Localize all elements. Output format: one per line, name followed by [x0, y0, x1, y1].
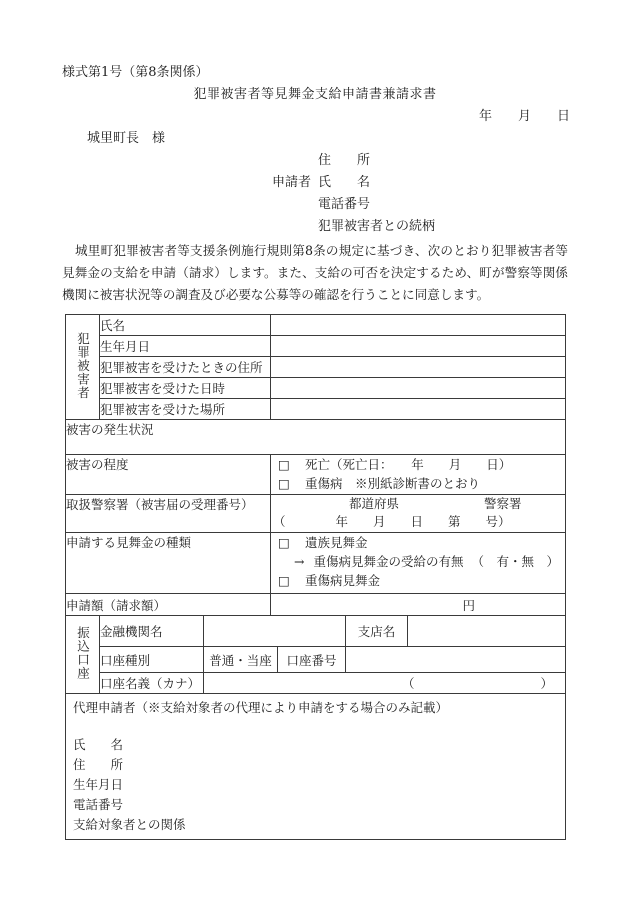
prior-receipt-line: →重傷病見舞金の受給の有無（ 有・無 ） — [271, 552, 565, 571]
victim-place-label: 犯罪被害を受けた場所 — [100, 399, 271, 420]
victim-address-label: 犯罪被害を受けたときの住所 — [100, 357, 271, 378]
bank-branch-label: 支店名 — [346, 616, 408, 647]
damage-level-row: 被害の程度 □死亡（死亡日： 年 月 日） □重傷病 ※別紙診断書のとおり — [66, 455, 566, 495]
police-station-label: 取扱警察署（被害届の受理番号） — [66, 495, 271, 533]
yes-no-choice: （ 有・無 ） — [472, 552, 560, 571]
victim-place-value-cell — [271, 399, 566, 420]
proxy-birthdate-label: 生年月日 — [73, 775, 558, 795]
account-name-row: 口座名義（カナ） （） — [66, 673, 566, 694]
addressee: 城里町長 様 — [87, 128, 630, 150]
applicant-group-label: 申請者 — [272, 175, 311, 190]
station-suffix: 警察署 — [484, 496, 522, 511]
prefecture-suffix: 都道府県 — [349, 496, 399, 511]
bank-institution-label: 金融機関名 — [100, 616, 204, 647]
checkbox-icon: □ — [278, 533, 291, 552]
victim-datetime-row: 犯罪被害を受けた日時 — [66, 378, 566, 399]
victim-datetime-value-cell — [271, 378, 566, 399]
victim-datetime-label: 犯罪被害を受けた日時 — [100, 378, 271, 399]
bank-branch-value-cell — [408, 616, 566, 647]
incident-status-label: 被害の発生状況 — [66, 420, 566, 455]
consent-paragraph: 城里町犯罪被害者等支援条例施行規則第8条の規定に基づき、次のとおり犯罪被害者等見… — [62, 240, 568, 306]
damage-level-label: 被害の程度 — [66, 455, 271, 495]
proxy-applicant-section: 代理申請者（※支給対象者の代理により申請をする場合のみ記載） 氏 名 住 所 生… — [66, 694, 566, 840]
account-name-label: 口座名義（カナ） — [100, 673, 204, 694]
applicant-address-label: 住 所 — [318, 150, 630, 172]
paren-close: ） — [541, 674, 554, 692]
applicant-name-label: 氏 名 — [318, 175, 370, 190]
victim-name-label: 氏名 — [100, 315, 271, 336]
account-type-value: 普通・当座 — [204, 647, 278, 673]
proxy-address-label: 住 所 — [73, 755, 558, 775]
benefit-type-options-cell: □遺族見舞金 →重傷病見舞金の受給の有無（ 有・無 ） □重傷病見舞金 — [271, 533, 566, 594]
page-title: 犯罪被害者等見舞金支給申請書兼請求書 — [0, 84, 630, 106]
death-option: □死亡（死亡日： 年 月 日） — [271, 455, 565, 474]
victim-vertical-label-text: 犯罪被害者 — [74, 332, 92, 400]
account-type-row: 口座種別 普通・当座 口座番号 — [66, 647, 566, 673]
date-line: 年 月 日 — [0, 106, 630, 128]
serious-injury-option: □重傷病 ※別紙診断書のとおり — [271, 474, 565, 493]
checkbox-icon: □ — [278, 474, 291, 493]
proxy-applicant-row: 代理申請者（※支給対象者の代理により申請をする場合のみ記載） 氏 名 住 所 生… — [66, 694, 566, 840]
applicant-block: 住 所 申請者氏 名 電話番号 犯罪被害者との続柄 — [0, 150, 630, 238]
arrow-right-icon: → — [294, 552, 304, 571]
benefit-type-label: 申請する見舞金の種類 — [66, 533, 271, 594]
proxy-name-label: 氏 名 — [73, 735, 558, 755]
victim-name-value-cell — [271, 315, 566, 336]
form-number: 様式第1号（第8条関係） — [62, 62, 630, 84]
bank-vertical-label: 振込口座 — [74, 626, 92, 680]
police-station-row: 取扱警察署（被害届の受理番号） 都道府県警察署 （ 年 月 日 第 号） — [66, 495, 566, 533]
checkbox-icon: □ — [278, 571, 291, 590]
bank-institution-value-cell — [204, 616, 346, 647]
injury-benefit-label: 重傷病見舞金 — [305, 571, 380, 590]
victim-name-row: 犯罪被害者 氏名 — [66, 315, 566, 336]
incident-status-row: 被害の発生状況 — [66, 420, 566, 455]
damage-level-options-cell: □死亡（死亡日： 年 月 日） □重傷病 ※別紙診断書のとおり — [271, 455, 566, 495]
amount-value-cell: 円 — [271, 594, 566, 616]
victim-birthdate-value-cell — [271, 336, 566, 357]
checkbox-icon: □ — [278, 455, 291, 474]
death-option-label: 死亡（死亡日： 年 月 日） — [305, 455, 511, 474]
survivor-benefit-option: □遺族見舞金 — [271, 533, 565, 552]
victim-place-row: 犯罪被害を受けた場所 — [66, 399, 566, 420]
amount-label: 申請額（請求額） — [66, 594, 271, 616]
victim-section-label-cell: 犯罪被害者 — [66, 315, 100, 420]
police-station-line: 都道府県警察署 — [271, 495, 565, 513]
proxy-section-title: 代理申請者（※支給対象者の代理により申請をする場合のみ記載） — [73, 698, 558, 718]
proxy-relation-label: 支給対象者との関係 — [73, 815, 558, 835]
prior-receipt-label: 重傷病見舞金の受給の有無 — [314, 552, 464, 571]
account-type-label: 口座種別 — [100, 647, 204, 673]
paren-open: （ — [402, 674, 415, 692]
receipt-number-line: （ 年 月 日 第 号） — [271, 513, 565, 531]
victim-address-value-cell — [271, 357, 566, 378]
yen-unit: 円 — [463, 598, 476, 613]
account-number-label: 口座番号 — [278, 647, 346, 673]
applicant-phone-label: 電話番号 — [318, 194, 630, 216]
injury-benefit-option: □重傷病見舞金 — [271, 571, 565, 590]
victim-birthdate-label: 生年月日 — [100, 336, 271, 357]
proxy-phone-label: 電話番号 — [73, 795, 558, 815]
application-form-table: 犯罪被害者 氏名 生年月日 犯罪被害を受けたときの住所 犯罪被害を受けた日時 犯… — [65, 314, 566, 840]
serious-injury-option-label: 重傷病 ※別紙診断書のとおり — [305, 474, 480, 493]
victim-address-row: 犯罪被害を受けたときの住所 — [66, 357, 566, 378]
account-number-value-cell — [346, 647, 566, 673]
proxy-spacer — [73, 718, 558, 735]
benefit-type-row: 申請する見舞金の種類 □遺族見舞金 →重傷病見舞金の受給の有無（ 有・無 ） □… — [66, 533, 566, 594]
document-page: 様式第1号（第8条関係） 犯罪被害者等見舞金支給申請書兼請求書 年 月 日 城里… — [0, 0, 630, 903]
applicant-relation-label: 犯罪被害者との続柄 — [318, 216, 630, 238]
account-name-value-cell: （） — [204, 673, 566, 694]
bank-section-label-cell: 振込口座 — [66, 616, 100, 694]
victim-birthdate-row: 生年月日 — [66, 336, 566, 357]
amount-row: 申請額（請求額） 円 — [66, 594, 566, 616]
applicant-name-line: 申請者氏 名 — [272, 172, 630, 194]
survivor-benefit-label: 遺族見舞金 — [305, 533, 368, 552]
bank-institution-row: 振込口座 金融機関名 支店名 — [66, 616, 566, 647]
police-station-value-cell: 都道府県警察署 （ 年 月 日 第 号） — [271, 495, 566, 533]
